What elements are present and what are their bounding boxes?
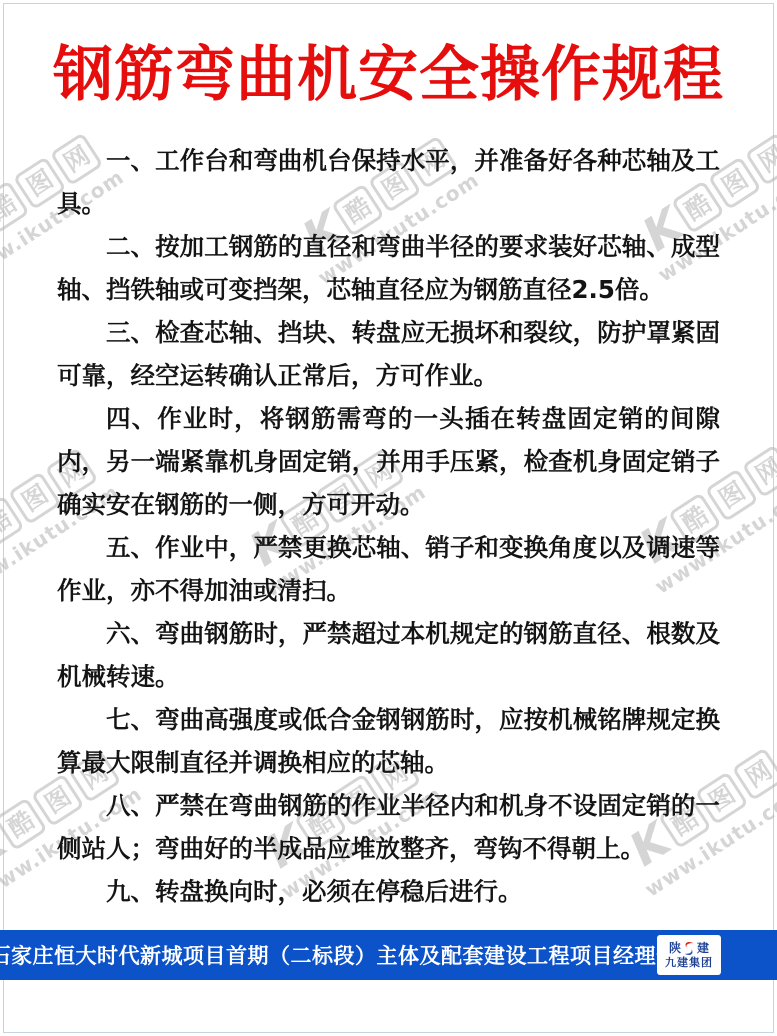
rule-item-9: 九、转盘换向时，必须在停稳后进行。 — [57, 870, 720, 913]
logo-top-row: 陕 建 — [669, 941, 709, 956]
rule-item-5: 五、作业中，严禁更换芯轴、销子和变换角度以及调速等作业，亦不得加油或清扫。 — [57, 526, 720, 612]
shaanxi-construction-logo: 陕 建 九建集团 — [657, 935, 721, 975]
rule-item-7: 七、弯曲高强度或低合金钢钢筋时，应按机械铭牌规定换算最大限制直径并调换相应的芯轴… — [57, 698, 720, 784]
rule-item-6: 六、弯曲钢筋时，严禁超过本机规定的钢筋直径、根数及机械转速。 — [57, 612, 720, 698]
footer-bar: 石家庄恒大时代新城项目首期（二标段）主体及配套建设工程项目经理部 陕 建 九建集… — [0, 930, 777, 980]
rule-item-3: 三、检查芯轴、挡块、转盘应无损坏和裂纹，防护罩紧固可靠，经空运转确认正常后，方可… — [57, 311, 720, 397]
logo-bottom-row: 九建集团 — [665, 956, 713, 970]
logo-char-right: 建 — [697, 941, 709, 956]
rule-item-8: 八、严禁在弯曲钢筋的作业半径内和机身不设固定销的一侧站人；弯曲好的半成品应堆放整… — [57, 784, 720, 870]
safety-poster: { "title": "钢筋弯曲机安全操作规程", "rules": [ "一、… — [0, 0, 777, 1036]
s-swirl-icon — [683, 941, 695, 956]
rule-item-1: 一、工作台和弯曲机台保持水平，并准备好各种芯轴及工具。 — [57, 139, 720, 225]
logo-char-left: 陕 — [669, 941, 681, 956]
page-title: 钢筋弯曲机安全操作规程 — [0, 41, 777, 110]
rule-item-2: 二、按加工钢筋的直径和弯曲半径的要求装好芯轴、成型轴、挡铁轴或可变挡架，芯轴直径… — [57, 225, 720, 311]
rules-list: 一、工作台和弯曲机台保持水平，并准备好各种芯轴及工具。 二、按加工钢筋的直径和弯… — [57, 139, 720, 913]
rule-item-4: 四、作业时，将钢筋需弯的一头插在转盘固定销的间隙内，另一端紧靠机身固定销，并用手… — [57, 397, 720, 526]
